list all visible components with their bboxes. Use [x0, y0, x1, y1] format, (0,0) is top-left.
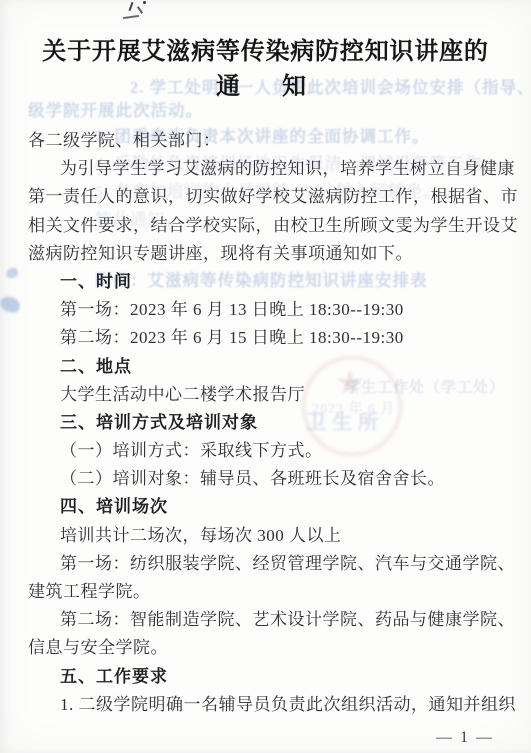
page-number: — 1 — [436, 729, 494, 747]
blue-bleed-mark [0, 295, 21, 313]
doc-line: （二）培训对象：辅导员、各班班长及宿舍舍长。 [28, 465, 511, 493]
title-line-2: 通 知 [0, 70, 531, 104]
ink-smudge [129, 2, 134, 11]
doc-line: （一）培训方式：采取线下方式。 [28, 437, 511, 465]
doc-line: 第一责任人的意识，切实做好学校艾滋病防控工作，根据省、市 [28, 183, 511, 211]
doc-line: 第一场：2023 年 6 月 13 日晚上 18:30--19:30 [28, 296, 511, 324]
section-heading: 二、地点 [28, 353, 511, 381]
doc-line: 第二场：2023 年 6 月 15 日晚上 18:30--19:30 [28, 324, 511, 352]
blue-bleed-mark [5, 267, 19, 280]
section-heading: 四、培训场次 [28, 493, 511, 521]
doc-line: 第一场：纺织服装学院、经贸管理学院、汽车与交通学院、 [28, 550, 511, 578]
section-heading: 五、工作要求 [28, 663, 511, 691]
document-title: 关于开展艾滋病等传染病防控知识讲座的 通 知 [0, 34, 531, 104]
ink-smudge [143, 1, 146, 4]
doc-line: 第二场：智能制造学院、艺术设计学院、药品与健康学院、 [28, 606, 511, 634]
section-heading: 一、时间 [28, 268, 511, 296]
scanned-notice-page: ★ 2. 学工处明确一人负责此次培训会场位安排（指导、督查二级学院开展此次活动。… [0, 0, 531, 753]
ink-smudge [123, 15, 139, 19]
document-body: 各二级学院、相关部门：为引导学生学习艾滋病的防控知识，培养学生树立自身健康第一责… [28, 127, 511, 719]
doc-line: 1. 二级学院明确一名辅导员负责此次组织活动，通知并组织 [28, 691, 511, 719]
ink-smudge [137, 6, 143, 14]
doc-line: 各二级学院、相关部门： [28, 127, 511, 155]
doc-line: 相关文件要求，结合学校实际，由校卫生所顾文雯为学生开设艾 [28, 212, 511, 240]
title-line-1: 关于开展艾滋病等传染病防控知识讲座的 [0, 34, 531, 70]
section-heading: 三、培训方式及培训对象 [28, 409, 511, 437]
doc-line: 建筑工程学院。 [28, 578, 511, 606]
doc-line: 大学生活动中心二楼学术报告厅 [28, 381, 511, 409]
doc-line: 滋病防控知识专题讲座，现将有关事项通知如下。 [28, 240, 511, 268]
doc-line: 为引导学生学习艾滋病的防控知识，培养学生树立自身健康 [28, 155, 511, 183]
doc-line: 信息与安全学院。 [28, 634, 511, 662]
doc-line: 培训共计二场次，每场次 300 人以上 [28, 522, 511, 550]
